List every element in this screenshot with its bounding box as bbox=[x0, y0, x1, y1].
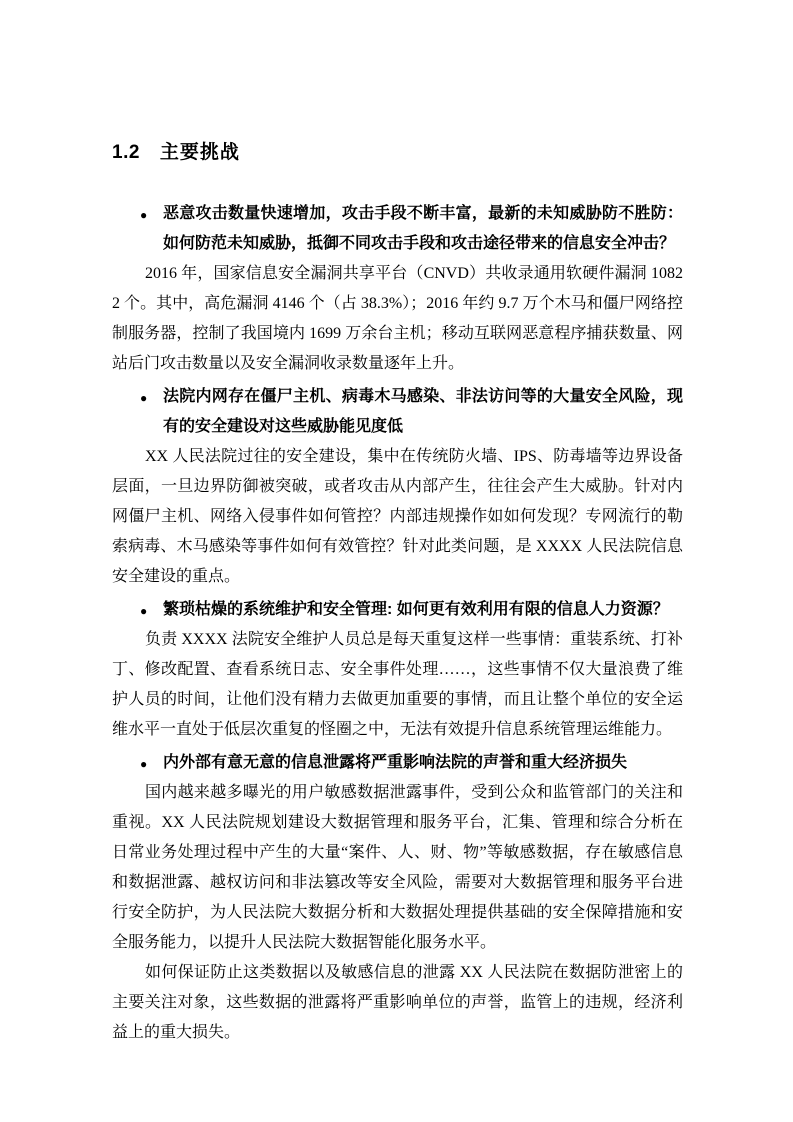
heading-title: 主要挑战 bbox=[160, 140, 240, 166]
bullet-item-information-leakage: ● 内外部有意无意的信息泄露将严重影响法院的声誉和重大经济损失 bbox=[112, 748, 683, 778]
section-heading: 1.2 主要挑战 bbox=[112, 140, 683, 166]
bullet-text: 内外部有意无意的信息泄露将严重影响法院的声誉和重大经济损失 bbox=[163, 754, 627, 771]
bullet-item-intranet-risks: ● 法院内网存在僵尸主机、病毒木马感染、非法访问等的大量安全风险，现有的安全建设… bbox=[112, 382, 683, 442]
bullet-text: 繁琐枯燥的系统维护和安全管理: 如何更有效利用有限的信息人力资源？ bbox=[163, 601, 669, 618]
paragraph-ops-repetition: 负责 XXXX 法院安全维护人员总是每天重复这样一些事情：重装系统、打补丁、修改… bbox=[112, 625, 683, 745]
bullet-text: 恶意攻击数量快速增加，攻击手段不断丰富，最新的未知威胁防不胜防：如何防范未知威胁… bbox=[163, 205, 683, 252]
bullet-text: 法院内网存在僵尸主机、病毒木马感染、非法访问等的大量安全风险，现有的安全建设对这… bbox=[163, 388, 683, 435]
document-content: 1.2 主要挑战 ● 恶意攻击数量快速增加，攻击手段不断丰富，最新的未知威胁防不… bbox=[112, 140, 683, 1048]
document-page: 1.2 主要挑战 ● 恶意攻击数量快速增加，攻击手段不断丰富，最新的未知威胁防不… bbox=[0, 0, 793, 1122]
bullet-item-malicious-attacks: ● 恶意攻击数量快速增加，攻击手段不断丰富，最新的未知威胁防不胜防：如何防范未知… bbox=[112, 199, 683, 259]
paragraph-boundary-defense: XX 人民法院过往的安全建设，集中在传统防火墙、IPS、防毒墙等边界设备层面，一… bbox=[112, 442, 683, 592]
bullet-icon: ● bbox=[140, 749, 147, 779]
heading-number: 1.2 bbox=[112, 140, 140, 166]
bullet-icon: ● bbox=[140, 200, 147, 230]
bullet-icon: ● bbox=[140, 383, 147, 413]
paragraph-cnvd-stats: 2016 年，国家信息安全漏洞共享平台（CNVD）共收录通用软硬件漏洞 1082… bbox=[112, 259, 683, 379]
paragraph-data-platform: 国内越来越多曝光的用户敏感数据泄露事件，受到公众和监管部门的关注和重视。XX 人… bbox=[112, 778, 683, 958]
bullet-icon: ● bbox=[140, 596, 147, 626]
bullet-item-maintenance-management: ● 繁琐枯燥的系统维护和安全管理: 如何更有效利用有限的信息人力资源？ bbox=[112, 595, 683, 625]
paragraph-leak-prevention: 如何保证防止这类数据以及敏感信息的泄露 XX 人民法院在数据防泄密上的主要关注对… bbox=[112, 958, 683, 1048]
